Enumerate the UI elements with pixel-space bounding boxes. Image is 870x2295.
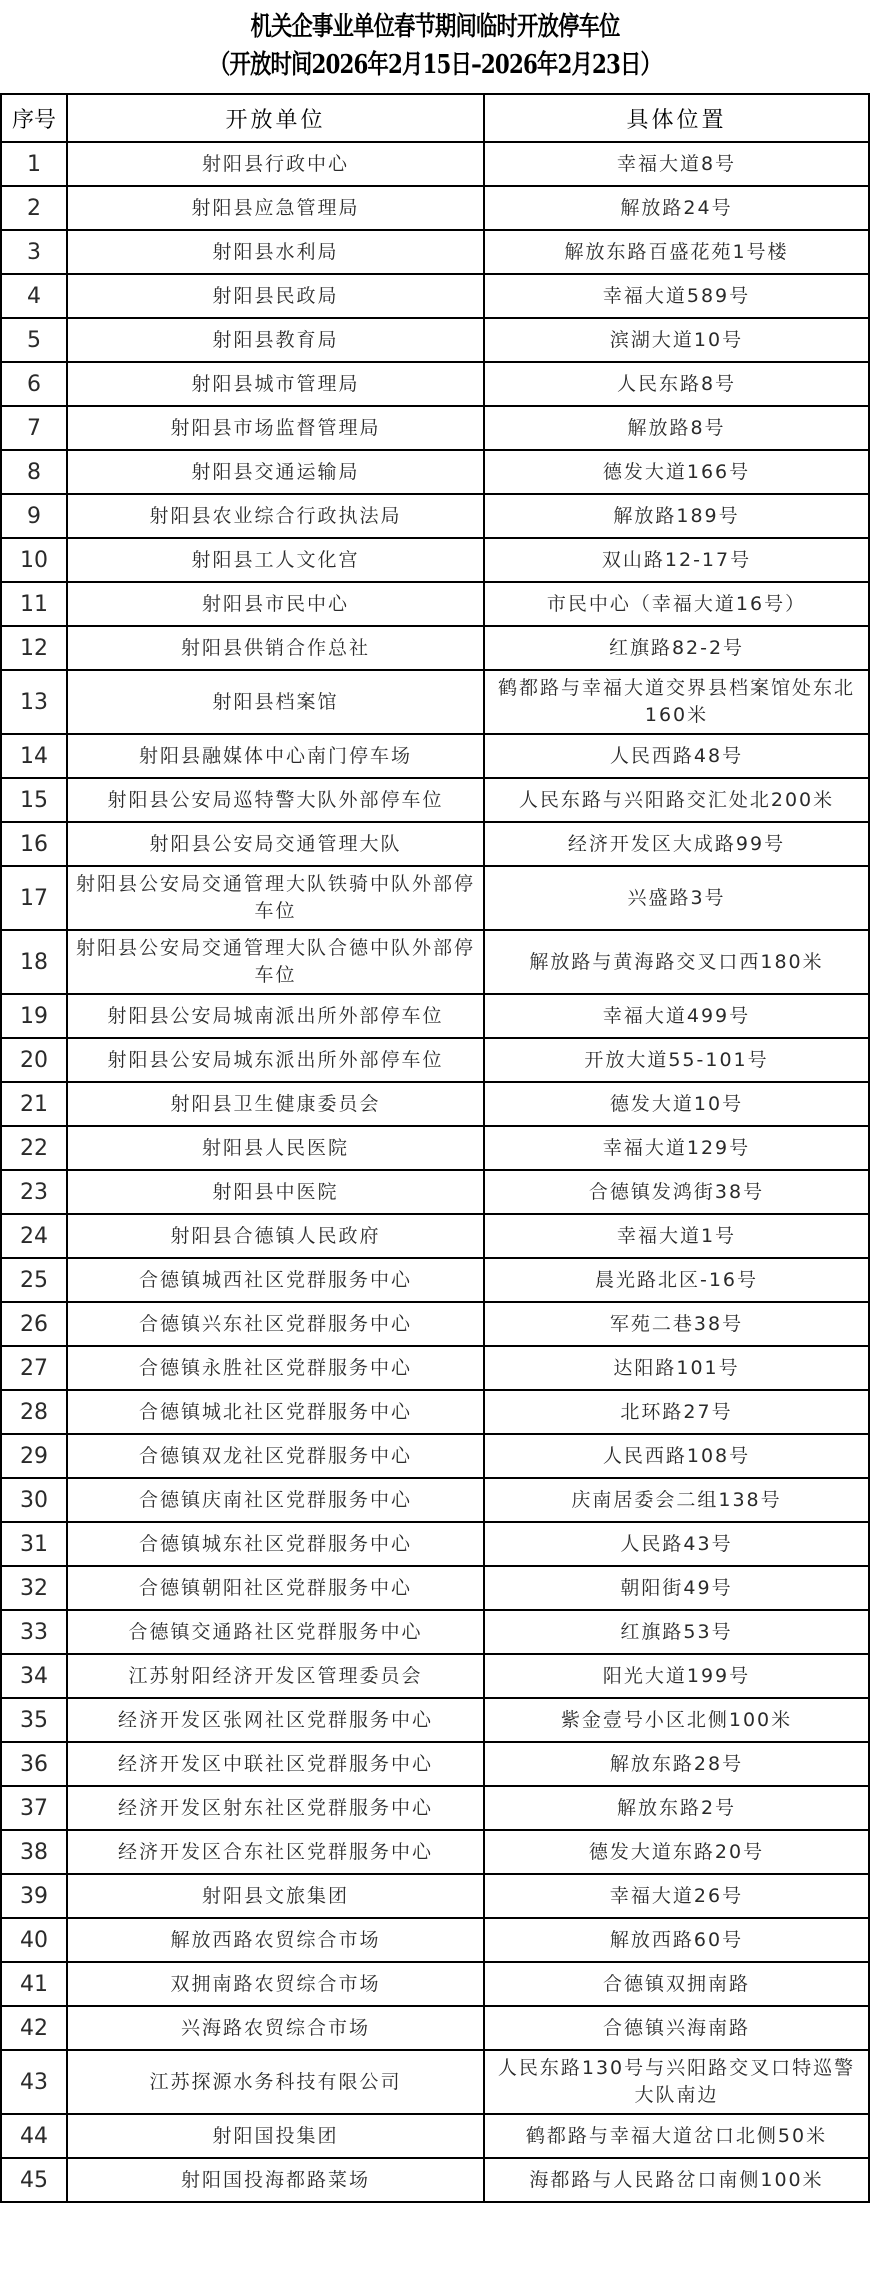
row-location: 解放东路28号 xyxy=(484,1742,869,1786)
row-index: 6 xyxy=(1,362,67,406)
table-row: 42兴海路农贸综合市场合德镇兴海南路 xyxy=(1,2006,869,2050)
row-location: 北环路27号 xyxy=(484,1390,869,1434)
table-row: 22射阳县人民医院幸福大道129号 xyxy=(1,1126,869,1170)
table-row: 23射阳县中医院合德镇发鸿街38号 xyxy=(1,1170,869,1214)
row-unit: 射阳县卫生健康委员会 xyxy=(67,1082,484,1126)
row-unit: 射阳县市民中心 xyxy=(67,582,484,626)
row-location: 解放东路百盛花苑1号楼 xyxy=(484,230,869,274)
row-unit: 合德镇双龙社区党群服务中心 xyxy=(67,1434,484,1478)
title-main: 机关企事业单位春节期间临时开放停车位 xyxy=(78,8,791,46)
table-row: 9射阳县农业综合行政执法局解放路189号 xyxy=(1,494,869,538)
row-location: 德发大道166号 xyxy=(484,450,869,494)
row-index: 42 xyxy=(1,2006,67,2050)
document-title: 机关企事业单位春节期间临时开放停车位 （开放时间2026年2月15日–2026年… xyxy=(0,0,870,93)
row-location: 人民东路与兴阳路交汇处北200米 xyxy=(484,778,869,822)
row-unit: 射阳县人民医院 xyxy=(67,1126,484,1170)
row-index: 41 xyxy=(1,1962,67,2006)
row-unit: 合德镇城西社区党群服务中心 xyxy=(67,1258,484,1302)
header-location: 具体位置 xyxy=(484,94,869,142)
header-unit: 开放单位 xyxy=(67,94,484,142)
row-unit: 射阳县公安局城南派出所外部停车位 xyxy=(67,994,484,1038)
row-location: 鹤都路与幸福大道岔口北侧50米 xyxy=(484,2114,869,2158)
row-unit: 射阳县民政局 xyxy=(67,274,484,318)
row-unit: 射阳县农业综合行政执法局 xyxy=(67,494,484,538)
row-unit: 射阳县工人文化宫 xyxy=(67,538,484,582)
table-row: 18射阳县公安局交通管理大队合德中队外部停车位解放路与黄海路交叉口西180米 xyxy=(1,930,869,994)
row-index: 24 xyxy=(1,1214,67,1258)
table-row: 41双拥南路农贸综合市场合德镇双拥南路 xyxy=(1,1962,869,2006)
row-unit: 射阳县城市管理局 xyxy=(67,362,484,406)
row-location: 幸福大道499号 xyxy=(484,994,869,1038)
row-unit: 射阳县市场监督管理局 xyxy=(67,406,484,450)
row-index: 35 xyxy=(1,1698,67,1742)
row-index: 9 xyxy=(1,494,67,538)
row-index: 45 xyxy=(1,2158,67,2202)
row-index: 32 xyxy=(1,1566,67,1610)
table-row: 37经济开发区射东社区党群服务中心解放东路2号 xyxy=(1,1786,869,1830)
row-index: 12 xyxy=(1,626,67,670)
row-location: 解放路与黄海路交叉口西180米 xyxy=(484,930,869,994)
table-row: 27合德镇永胜社区党群服务中心达阳路101号 xyxy=(1,1346,869,1390)
row-location: 红旗路53号 xyxy=(484,1610,869,1654)
row-location: 幸福大道8号 xyxy=(484,142,869,186)
table-row: 7射阳县市场监督管理局解放路8号 xyxy=(1,406,869,450)
row-unit: 合德镇城东社区党群服务中心 xyxy=(67,1522,484,1566)
row-location: 双山路12-17号 xyxy=(484,538,869,582)
row-unit: 射阳县公安局交通管理大队 xyxy=(67,822,484,866)
table-row: 34江苏射阳经济开发区管理委员会阳光大道199号 xyxy=(1,1654,869,1698)
table-row: 45射阳国投海都路菜场海都路与人民路岔口南侧100米 xyxy=(1,2158,869,2202)
row-location: 解放西路60号 xyxy=(484,1918,869,1962)
row-index: 29 xyxy=(1,1434,67,1478)
row-unit: 经济开发区射东社区党群服务中心 xyxy=(67,1786,484,1830)
row-location: 朝阳街49号 xyxy=(484,1566,869,1610)
table-row: 6射阳县城市管理局人民东路8号 xyxy=(1,362,869,406)
table-row: 12射阳县供销合作总社红旗路82-2号 xyxy=(1,626,869,670)
row-location: 解放东路2号 xyxy=(484,1786,869,1830)
table-row: 44射阳国投集团鹤都路与幸福大道岔口北侧50米 xyxy=(1,2114,869,2158)
row-location: 鹤都路与幸福大道交界县档案馆处东北160米 xyxy=(484,670,869,734)
row-unit: 射阳国投集团 xyxy=(67,2114,484,2158)
table-row: 19射阳县公安局城南派出所外部停车位幸福大道499号 xyxy=(1,994,869,1038)
row-index: 44 xyxy=(1,2114,67,2158)
row-unit: 合德镇兴东社区党群服务中心 xyxy=(67,1302,484,1346)
row-location: 市民中心（幸福大道16号） xyxy=(484,582,869,626)
row-location: 合德镇兴海南路 xyxy=(484,2006,869,2050)
table-row: 15射阳县公安局巡特警大队外部停车位人民东路与兴阳路交汇处北200米 xyxy=(1,778,869,822)
row-index: 21 xyxy=(1,1082,67,1126)
row-unit: 射阳县公安局交通管理大队合德中队外部停车位 xyxy=(67,930,484,994)
row-unit: 射阳县中医院 xyxy=(67,1170,484,1214)
table-row: 13射阳县档案馆鹤都路与幸福大道交界县档案馆处东北160米 xyxy=(1,670,869,734)
table-row: 32合德镇朝阳社区党群服务中心朝阳街49号 xyxy=(1,1566,869,1610)
row-index: 28 xyxy=(1,1390,67,1434)
row-location: 德发大道10号 xyxy=(484,1082,869,1126)
row-unit: 合德镇庆南社区党群服务中心 xyxy=(67,1478,484,1522)
row-location: 紫金壹号小区北侧100米 xyxy=(484,1698,869,1742)
row-location: 兴盛路3号 xyxy=(484,866,869,930)
table-row: 28合德镇城北社区党群服务中心北环路27号 xyxy=(1,1390,869,1434)
row-unit: 经济开发区合东社区党群服务中心 xyxy=(67,1830,484,1874)
row-location: 开放大道55-101号 xyxy=(484,1038,869,1082)
row-location: 晨光路北区-16号 xyxy=(484,1258,869,1302)
table-row: 36经济开发区中联社区党群服务中心解放东路28号 xyxy=(1,1742,869,1786)
row-index: 15 xyxy=(1,778,67,822)
table-row: 14射阳县融媒体中心南门停车场人民西路48号 xyxy=(1,734,869,778)
row-index: 30 xyxy=(1,1478,67,1522)
table-row: 39射阳县文旅集团幸福大道26号 xyxy=(1,1874,869,1918)
row-location: 滨湖大道10号 xyxy=(484,318,869,362)
row-index: 40 xyxy=(1,1918,67,1962)
row-unit: 射阳县文旅集团 xyxy=(67,1874,484,1918)
row-unit: 射阳县供销合作总社 xyxy=(67,626,484,670)
row-index: 38 xyxy=(1,1830,67,1874)
table-row: 8射阳县交通运输局德发大道166号 xyxy=(1,450,869,494)
table-row: 20射阳县公安局城东派出所外部停车位开放大道55-101号 xyxy=(1,1038,869,1082)
row-index: 20 xyxy=(1,1038,67,1082)
row-index: 43 xyxy=(1,2050,67,2114)
row-unit: 合德镇城北社区党群服务中心 xyxy=(67,1390,484,1434)
row-location: 幸福大道589号 xyxy=(484,274,869,318)
row-index: 25 xyxy=(1,1258,67,1302)
row-index: 16 xyxy=(1,822,67,866)
row-index: 37 xyxy=(1,1786,67,1830)
row-unit: 射阳县教育局 xyxy=(67,318,484,362)
table-row: 25合德镇城西社区党群服务中心晨光路北区-16号 xyxy=(1,1258,869,1302)
row-location: 阳光大道199号 xyxy=(484,1654,869,1698)
row-index: 4 xyxy=(1,274,67,318)
table-row: 26合德镇兴东社区党群服务中心军苑二巷38号 xyxy=(1,1302,869,1346)
table-row: 3射阳县水利局解放东路百盛花苑1号楼 xyxy=(1,230,869,274)
row-unit: 合德镇朝阳社区党群服务中心 xyxy=(67,1566,484,1610)
row-index: 26 xyxy=(1,1302,67,1346)
row-location: 军苑二巷38号 xyxy=(484,1302,869,1346)
row-index: 22 xyxy=(1,1126,67,1170)
row-unit: 江苏探源水务科技有限公司 xyxy=(67,2050,484,2114)
row-location: 合德镇双拥南路 xyxy=(484,1962,869,2006)
title-subtitle-dates: （开放时间2026年2月15日–2026年2月23日） xyxy=(78,46,791,84)
table-row: 1射阳县行政中心幸福大道8号 xyxy=(1,142,869,186)
row-unit: 射阳县水利局 xyxy=(67,230,484,274)
row-index: 2 xyxy=(1,186,67,230)
row-location: 海都路与人民路岔口南侧100米 xyxy=(484,2158,869,2202)
row-unit: 合德镇交通路社区党群服务中心 xyxy=(67,1610,484,1654)
table-row: 30合德镇庆南社区党群服务中心庆南居委会二组138号 xyxy=(1,1478,869,1522)
table-row: 35经济开发区张网社区党群服务中心紫金壹号小区北侧100米 xyxy=(1,1698,869,1742)
table-row: 5射阳县教育局滨湖大道10号 xyxy=(1,318,869,362)
row-unit: 经济开发区中联社区党群服务中心 xyxy=(67,1742,484,1786)
row-location: 红旗路82-2号 xyxy=(484,626,869,670)
table-row: 4射阳县民政局幸福大道589号 xyxy=(1,274,869,318)
row-location: 德发大道东路20号 xyxy=(484,1830,869,1874)
table-row: 17射阳县公安局交通管理大队铁骑中队外部停车位兴盛路3号 xyxy=(1,866,869,930)
row-location: 达阳路101号 xyxy=(484,1346,869,1390)
row-location: 庆南居委会二组138号 xyxy=(484,1478,869,1522)
row-index: 14 xyxy=(1,734,67,778)
row-unit: 江苏射阳经济开发区管理委员会 xyxy=(67,1654,484,1698)
row-location: 经济开发区大成路99号 xyxy=(484,822,869,866)
row-index: 36 xyxy=(1,1742,67,1786)
row-unit: 经济开发区张网社区党群服务中心 xyxy=(67,1698,484,1742)
row-index: 8 xyxy=(1,450,67,494)
table-row: 38经济开发区合东社区党群服务中心德发大道东路20号 xyxy=(1,1830,869,1874)
row-location: 解放路24号 xyxy=(484,186,869,230)
row-location: 解放路8号 xyxy=(484,406,869,450)
row-unit: 射阳县公安局交通管理大队铁骑中队外部停车位 xyxy=(67,866,484,930)
table-row: 31合德镇城东社区党群服务中心人民路43号 xyxy=(1,1522,869,1566)
row-location: 幸福大道1号 xyxy=(484,1214,869,1258)
row-location: 人民西路48号 xyxy=(484,734,869,778)
row-unit: 射阳县档案馆 xyxy=(67,670,484,734)
row-unit: 合德镇永胜社区党群服务中心 xyxy=(67,1346,484,1390)
table-row: 43江苏探源水务科技有限公司人民东路130号与兴阳路交叉口特巡警大队南边 xyxy=(1,2050,869,2114)
row-index: 3 xyxy=(1,230,67,274)
row-index: 7 xyxy=(1,406,67,450)
row-unit: 射阳县应急管理局 xyxy=(67,186,484,230)
row-unit: 双拥南路农贸综合市场 xyxy=(67,1962,484,2006)
row-unit: 射阳县行政中心 xyxy=(67,142,484,186)
row-index: 5 xyxy=(1,318,67,362)
table-header-row: 序号 开放单位 具体位置 xyxy=(1,94,869,142)
row-index: 18 xyxy=(1,930,67,994)
row-location: 解放路189号 xyxy=(484,494,869,538)
table-row: 10射阳县工人文化宫双山路12-17号 xyxy=(1,538,869,582)
row-index: 19 xyxy=(1,994,67,1038)
table-row: 16射阳县公安局交通管理大队经济开发区大成路99号 xyxy=(1,822,869,866)
header-index: 序号 xyxy=(1,94,67,142)
row-location: 人民东路130号与兴阳路交叉口特巡警大队南边 xyxy=(484,2050,869,2114)
table-row: 40解放西路农贸综合市场解放西路60号 xyxy=(1,1918,869,1962)
row-location: 人民东路8号 xyxy=(484,362,869,406)
row-index: 11 xyxy=(1,582,67,626)
row-index: 10 xyxy=(1,538,67,582)
row-index: 1 xyxy=(1,142,67,186)
row-unit: 射阳县融媒体中心南门停车场 xyxy=(67,734,484,778)
row-unit: 兴海路农贸综合市场 xyxy=(67,2006,484,2050)
table-row: 21射阳县卫生健康委员会德发大道10号 xyxy=(1,1082,869,1126)
row-location: 合德镇发鸿街38号 xyxy=(484,1170,869,1214)
table-row: 11射阳县市民中心市民中心（幸福大道16号） xyxy=(1,582,869,626)
row-index: 23 xyxy=(1,1170,67,1214)
row-unit: 射阳国投海都路菜场 xyxy=(67,2158,484,2202)
row-unit: 解放西路农贸综合市场 xyxy=(67,1918,484,1962)
parking-table: 序号 开放单位 具体位置 1射阳县行政中心幸福大道8号2射阳县应急管理局解放路2… xyxy=(0,93,870,2203)
table-row: 24射阳县合德镇人民政府幸福大道1号 xyxy=(1,1214,869,1258)
row-location: 人民西路108号 xyxy=(484,1434,869,1478)
row-index: 31 xyxy=(1,1522,67,1566)
table-row: 29合德镇双龙社区党群服务中心人民西路108号 xyxy=(1,1434,869,1478)
table-row: 2射阳县应急管理局解放路24号 xyxy=(1,186,869,230)
row-location: 人民路43号 xyxy=(484,1522,869,1566)
row-unit: 射阳县合德镇人民政府 xyxy=(67,1214,484,1258)
row-index: 34 xyxy=(1,1654,67,1698)
row-location: 幸福大道129号 xyxy=(484,1126,869,1170)
row-unit: 射阳县公安局巡特警大队外部停车位 xyxy=(67,778,484,822)
row-index: 33 xyxy=(1,1610,67,1654)
row-unit: 射阳县公安局城东派出所外部停车位 xyxy=(67,1038,484,1082)
row-index: 13 xyxy=(1,670,67,734)
row-index: 17 xyxy=(1,866,67,930)
row-index: 39 xyxy=(1,1874,67,1918)
row-location: 幸福大道26号 xyxy=(484,1874,869,1918)
row-unit: 射阳县交通运输局 xyxy=(67,450,484,494)
table-row: 33合德镇交通路社区党群服务中心红旗路53号 xyxy=(1,1610,869,1654)
row-index: 27 xyxy=(1,1346,67,1390)
